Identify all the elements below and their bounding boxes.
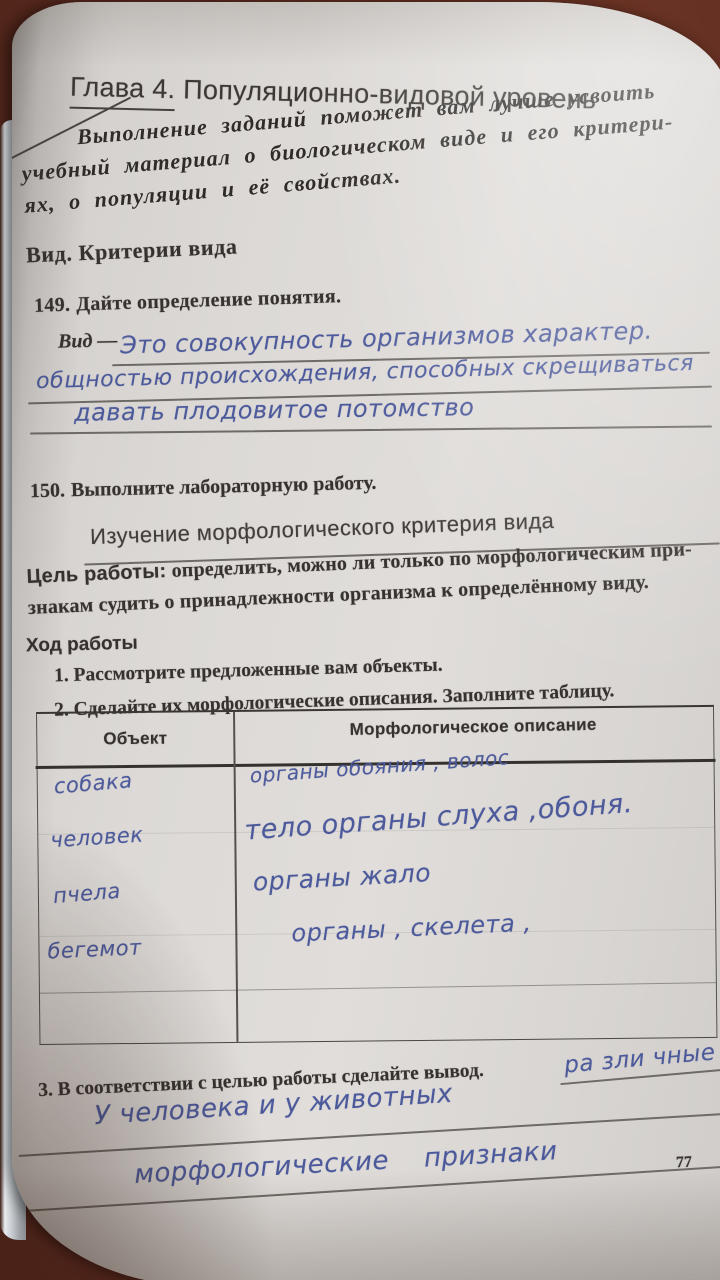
table-inner-rule [40, 982, 716, 994]
term-label: Вид — [58, 329, 118, 353]
procedure-step: 1. Рассмотрите предложенные вам объекты. [54, 655, 443, 688]
table-header-description: Морфологическое описание [233, 712, 713, 742]
task-150-prompt: 150.Выполните лабораторную работу. [30, 472, 377, 503]
task-149-prompt: 149.Дайте определение понятия. [34, 285, 342, 318]
procedure-heading: Ход работы [26, 633, 138, 658]
photo-background: { "colors": { "table_surface": "#5a2a1e"… [0, 0, 720, 1280]
task-150-number: 150. [30, 479, 66, 502]
handwritten-object: собака [53, 768, 133, 798]
workbook-page: Глава 4. Популяционно-видовой уровень Вы… [12, 2, 720, 1280]
task-150-text: Выполните лабораторную работу. [71, 472, 377, 501]
handwritten-description: органы жало [252, 858, 432, 897]
section-heading: Вид. Критерии вида [26, 234, 238, 269]
handwritten-object: бегемот [47, 935, 142, 963]
lab-table: Объект Морфологическое описание собака ч… [36, 705, 717, 1045]
page-number: 77 [676, 1154, 693, 1173]
handwritten-description: тело органы слуха ,обоня. [244, 788, 634, 847]
task-149-text: Дайте определение понятия. [76, 285, 342, 315]
handwritten-answer-line: Это совокупность организмов характер. [120, 317, 653, 360]
goal-label: Цель работы: [26, 560, 167, 588]
answer-ruled-line [30, 425, 712, 434]
task-149-number: 149. [34, 294, 71, 317]
handwritten-answer-line: давать плодовитое потомство [74, 393, 475, 427]
handwritten-description: органы обояния , волос [249, 745, 510, 788]
chapter-number: Глава 4. [70, 72, 176, 112]
table-header-object: Объект [37, 728, 233, 750]
handwritten-description: органы , скелета , [291, 909, 532, 948]
table-column-divider [233, 712, 238, 1042]
handwritten-object: человек [50, 822, 144, 852]
handwritten-object: пчела [52, 879, 122, 908]
page-surface: Глава 4. Популяционно-видовой уровень Вы… [12, 2, 720, 1280]
